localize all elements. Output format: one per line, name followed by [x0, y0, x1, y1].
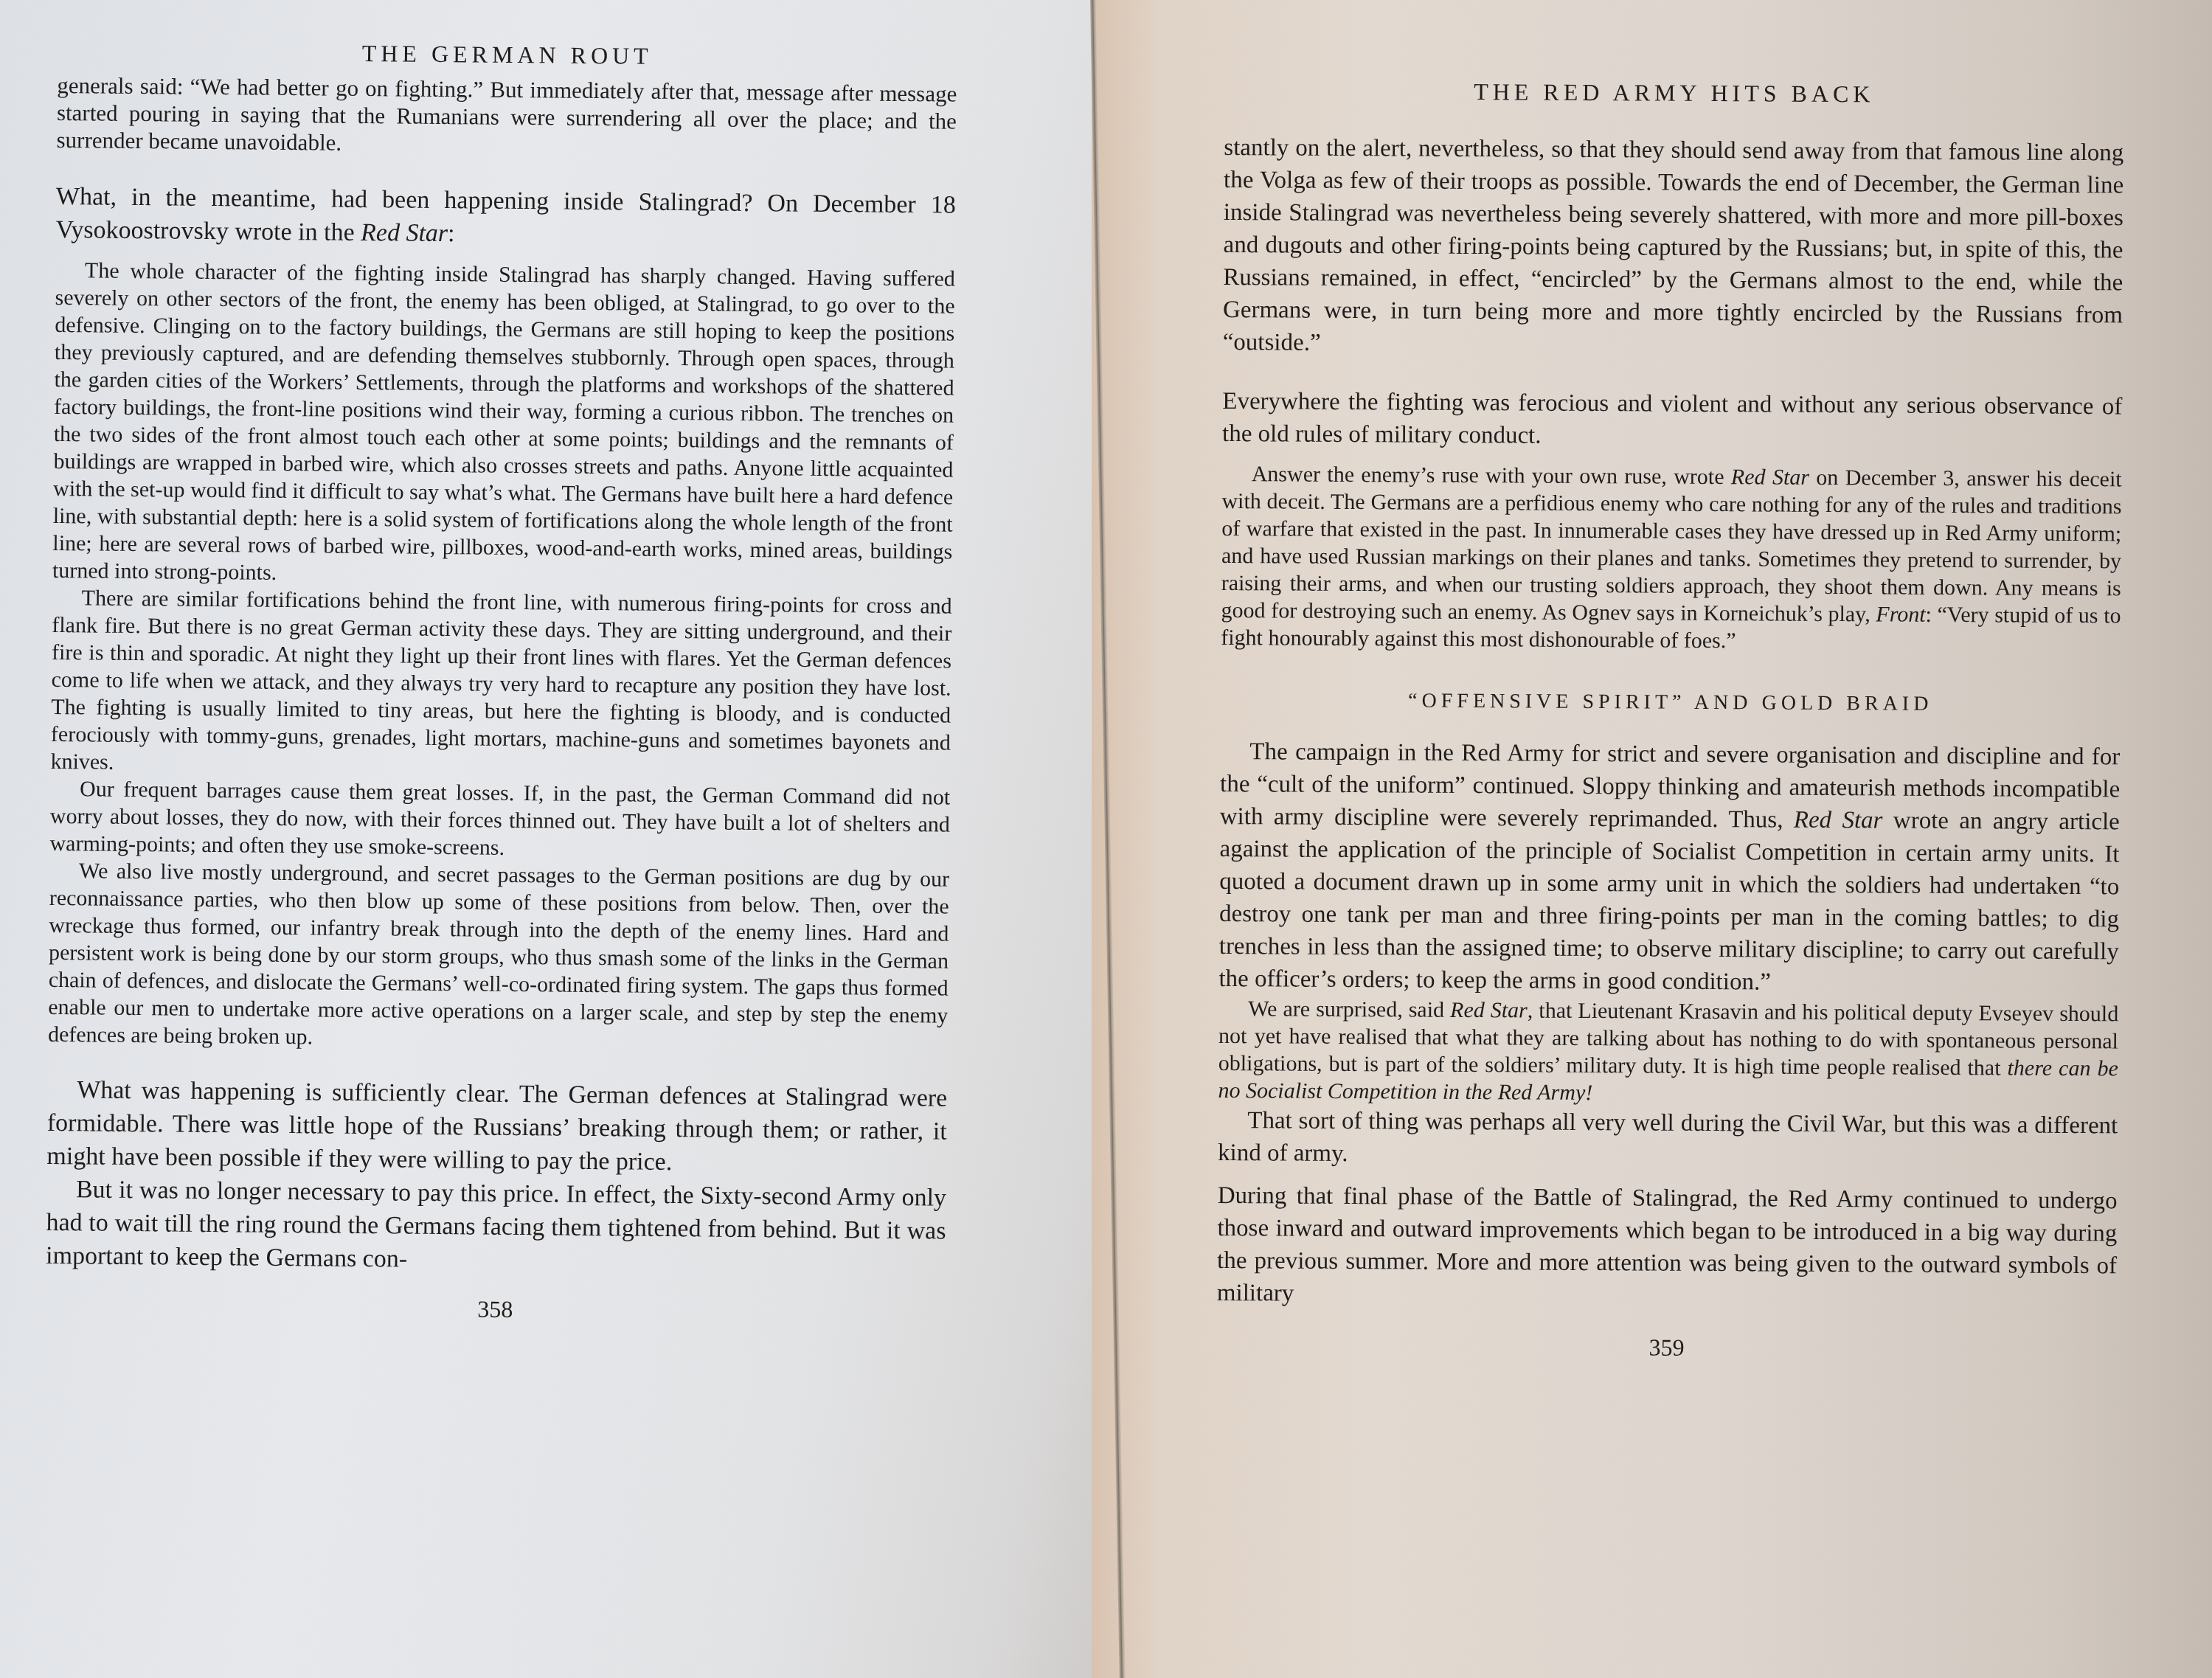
paragraph: During that final phase of the Battle of…	[1217, 1179, 2118, 1314]
quote-paragraph: The whole character of the fighting insi…	[52, 257, 955, 593]
quote-paragraph: We are surprised, said Red Star, that Li…	[1218, 995, 2118, 1109]
quote-paragraph: We also live mostly underground, and sec…	[48, 857, 949, 1057]
paragraph: The campaign in the Red Army for strict …	[1218, 735, 2120, 1000]
book-spread: THE GERMAN ROUT generals said: “We had b…	[0, 0, 2212, 1678]
block-quote: We are surprised, said Red Star, that Li…	[1218, 995, 2118, 1109]
paragraph: stantly on the alert, nevertheless, so t…	[1223, 131, 2124, 364]
paragraph: What, in the meantime, had been happenin…	[55, 180, 956, 255]
right-page-text: THE RED ARMY HITS BACK stantly on the al…	[1216, 74, 2124, 1366]
left-page-text: THE GERMAN ROUT generals said: “We had b…	[45, 37, 957, 1328]
block-quote: The whole character of the fighting insi…	[48, 257, 955, 1057]
quote-paragraph: Answer the enemy’s ruse with your own ru…	[1221, 460, 2122, 656]
paragraph: generals said: “We had better go on figh…	[56, 72, 957, 162]
quote-paragraph: There are similar fortifications behind …	[50, 584, 951, 784]
running-head-right: THE RED ARMY HITS BACK	[1224, 74, 2124, 111]
paragraph: That sort of thing was perhaps all very …	[1218, 1104, 2118, 1174]
paragraph: But it was no longer necessary to pay th…	[46, 1173, 946, 1281]
paragraph: What was happening is sufficiently clear…	[46, 1073, 947, 1182]
italic-title: Red Star	[361, 219, 448, 247]
quote-paragraph: Our frequent barrages cause them great l…	[49, 775, 950, 866]
block-quote: Answer the enemy’s ruse with your own ru…	[1221, 460, 2122, 656]
page-number-right: 359	[1216, 1328, 2116, 1366]
paragraph: Everywhere the fighting was ferocious an…	[1222, 385, 2123, 455]
section-heading: “OFFENSIVE SPIRIT” AND GOLD BRAID	[1221, 684, 2121, 721]
